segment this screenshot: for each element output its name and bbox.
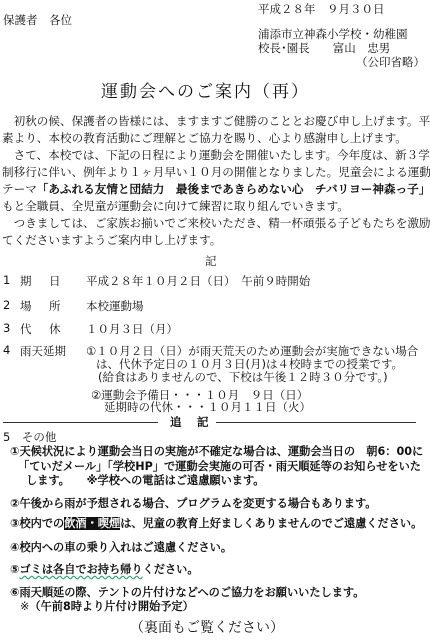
page-title: 運動会へのご案内（再） xyxy=(101,77,310,102)
body-p2-line2: 制移行に伴い、例年より１ヶ月早い１０月の開催となりました。児童会による運動会 xyxy=(2,164,430,181)
issue-date: 平成２８年 ９月３０日 xyxy=(258,1,385,17)
note-4: ④校内への車の乗り入れはご遠慮ください。 xyxy=(10,539,232,555)
item-4-label: 雨天延期 xyxy=(20,343,66,359)
item-1-value: 平成２８年１０月２日（日） 午前９時開始 xyxy=(86,273,310,289)
body-p2-line3: テーマ「あふれる友情と団結力 最後まであきらめない心 チバリヨー神森っ子」の xyxy=(2,181,430,198)
tsuiki-heading: 追 記 xyxy=(170,414,211,430)
item-3-label: 代 休 xyxy=(20,321,64,337)
body-p1-line2: 素より、本校の教育活動にご理解とご協力を賜り、心より感謝申し上げます。 xyxy=(2,130,407,147)
ki-heading: 記 xyxy=(205,253,217,269)
note-5: ⑤ゴミは各自でお持ち帰りください。 xyxy=(10,561,199,577)
note-5-suffix: ください。 xyxy=(143,563,199,576)
divider-left xyxy=(3,422,158,423)
body-p2-line4: もと全職員、全児童が運動会に向けて練習に取り組んでいきます。 xyxy=(2,198,349,215)
body-p1-line1: 初秋の候、保護者の皆様には、ますますご健勝のこととお慶び申し上げます。平 xyxy=(2,113,430,130)
item-1-num: 1 xyxy=(3,273,10,287)
body-p2-line1: さて、本校では、下記の日程により運動会を開催いたします。今年度は、新３学期 xyxy=(2,147,430,164)
note-3-suffix: は、児童の教育上好ましくありませんのでご遠慮ください。 xyxy=(120,517,422,530)
item-4-value-line3: (給食はありませんので、下校は午後１２時３０分です。) xyxy=(98,369,388,385)
note-3-prefix: ③校内での xyxy=(10,517,64,530)
postponed-holiday: 延期時の代休・・・１０月１１日（火） xyxy=(104,399,311,415)
footer-note: （裏面もご覧ください） xyxy=(130,617,284,637)
seal-note: （公印省略） xyxy=(356,54,425,70)
item-3-num: 3 xyxy=(3,321,10,335)
note-3: ③校内での飲酒・喫煙は、児童の教育上好ましくありませんのでご遠慮ください。 xyxy=(10,515,422,531)
note-2: ②午後から雨が予想される場合、プログラムを変更する場合もあります。 xyxy=(10,495,376,511)
note-1-line3: します。 ※学校への電話はご遠慮願います。 xyxy=(26,472,264,488)
item-2-value: 本校運動場 xyxy=(86,298,144,314)
note-3-highlight: 飲酒・喫煙 xyxy=(64,517,120,530)
note-6-time: （午前8時より片付け開始予定） xyxy=(29,600,193,613)
item-2-label: 場 所 xyxy=(20,298,64,314)
item-1-label: 期 日 xyxy=(20,273,64,289)
note-1-line1: ①天候状況により運動会当日の実施が不確定な場合は、運動会当日の 朝6：00に xyxy=(10,443,423,459)
note-5-text: ゴミは各自でお持ち帰り xyxy=(19,563,142,576)
item-2-num: 2 xyxy=(3,298,10,312)
recipient: 保護者 各位 xyxy=(3,12,72,28)
item-3-value: １０月３日（月） xyxy=(86,321,178,337)
body-p3-line2: てくださいますようご案内申し上げます。 xyxy=(2,232,221,249)
note-6-mark: ※ xyxy=(20,600,29,613)
note-6-line2: ※（午前8時より片付け開始予定） xyxy=(20,598,194,614)
theme-prefix: テーマ xyxy=(2,182,37,196)
theme-text: 「あふれる友情と団結力 最後まであきらめない心 チバリヨー神森っ子」 xyxy=(37,182,430,196)
body-p3-line1: つきましては、ご家族お揃いでご来校いただき、精一杯頑張る子どもたちを激励し xyxy=(2,215,430,232)
item-4-num: 4 xyxy=(3,343,10,357)
divider-right xyxy=(216,422,416,423)
